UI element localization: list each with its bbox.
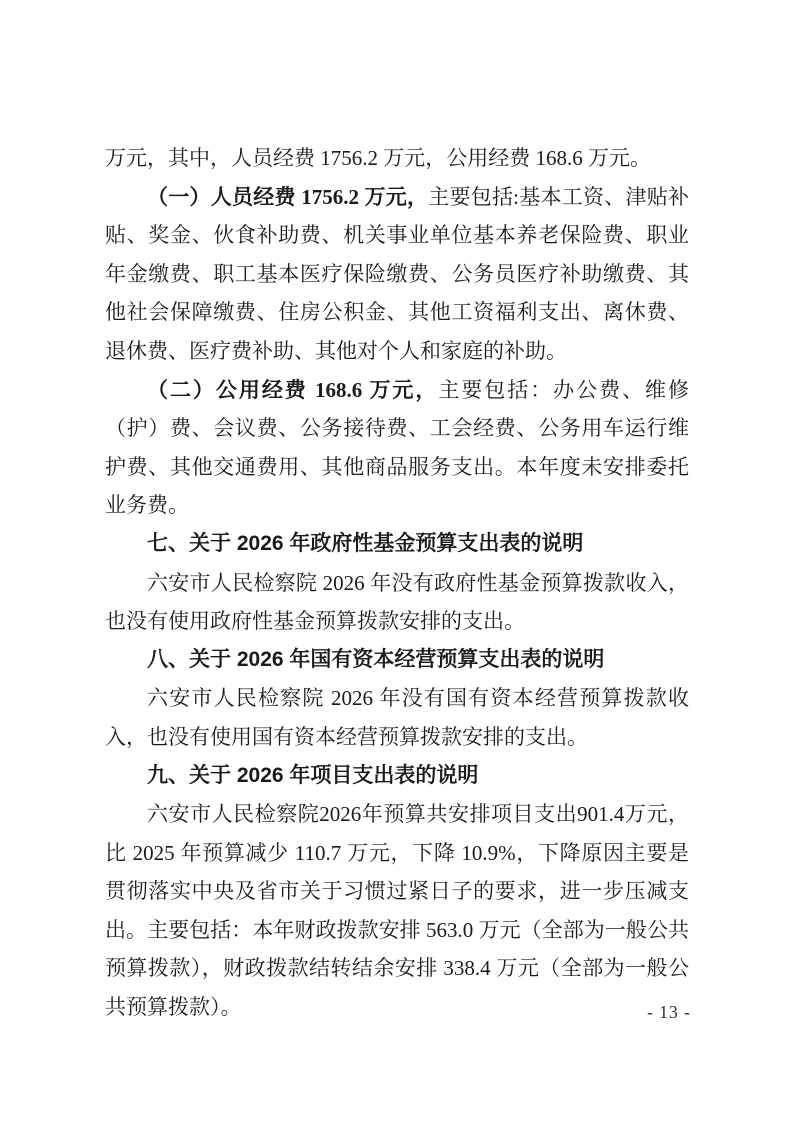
emphasis-text: 七、关于 2026 年政府性基金预算支出表的说明 [147, 532, 583, 555]
paragraph: 六安市人民检察院2026年预算共安排项目支出901.4万元，比 2025 年预算… [105, 795, 689, 1027]
paragraph: （一）人员经费 1756.2 万元，主要包括:基本工资、津贴补贴、奖金、伙食补助… [105, 178, 689, 371]
emphasis-text: 八、关于 2026 年国有资本经营预算支出表的说明 [147, 648, 604, 671]
paragraph: （二）公用经费 168.6 万元，主要包括：办公费、维修（护）费、会议费、公务接… [105, 371, 689, 525]
section-heading: 八、关于 2026 年国有资本经营预算支出表的说明 [105, 641, 689, 680]
page-number: - 13 - [647, 1001, 691, 1023]
paragraph: 万元，其中，人员经费 1756.2 万元，公用经费 168.6 万元。 [105, 139, 689, 178]
text-run: 六安市人民检察院 2026 年没有国有资本经营预算拨款收入，也没有使用国有资本经… [105, 686, 689, 749]
emphasis-text: 九、关于 2026 年项目支出表的说明 [147, 764, 478, 787]
section-heading: 七、关于 2026 年政府性基金预算支出表的说明 [105, 525, 689, 564]
text-run: 六安市人民检察院 2026 年没有政府性基金预算拨款收入，也没有使用政府性基金预… [105, 571, 689, 634]
emphasis-text: （一）人员经费 1756.2 万元， [147, 185, 428, 209]
document-body: 万元，其中，人员经费 1756.2 万元，公用经费 168.6 万元。（一）人员… [105, 139, 689, 1027]
text-run: 万元，其中，人员经费 1756.2 万元，公用经费 168.6 万元。 [105, 146, 651, 170]
section-heading: 九、关于 2026 年项目支出表的说明 [105, 757, 689, 796]
text-run: 主要包括:基本工资、津贴补贴、奖金、伙食补助费、机关事业单位基本养老保险费、职业… [105, 185, 689, 363]
emphasis-text: （二）公用经费 168.6 万元， [147, 378, 438, 402]
paragraph: 六安市人民检察院 2026 年没有国有资本经营预算拨款收入，也没有使用国有资本经… [105, 679, 689, 756]
document-page: 万元，其中，人员经费 1756.2 万元，公用经费 168.6 万元。（一）人员… [0, 0, 793, 1122]
text-run: 六安市人民检察院2026年预算共安排项目支出901.4万元，比 2025 年预算… [105, 802, 689, 1019]
paragraph: 六安市人民检察院 2026 年没有政府性基金预算拨款收入，也没有使用政府性基金预… [105, 564, 689, 641]
